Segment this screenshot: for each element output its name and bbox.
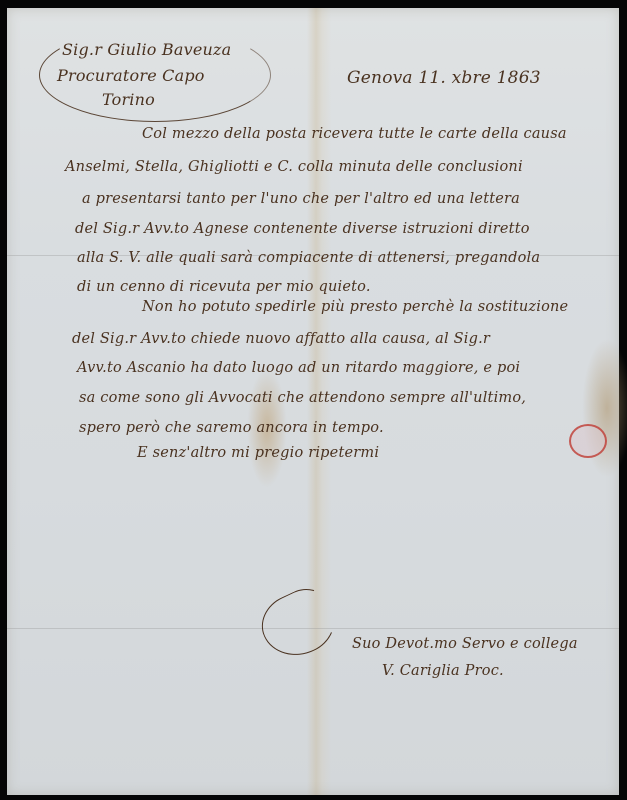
signature: V. Cariglia Proc.: [382, 663, 504, 679]
body-line: del Sig.r Avv.to Agnese contenente diver…: [75, 221, 530, 237]
body-line: Anselmi, Stella, Ghigliotti e C. colla m…: [65, 159, 523, 175]
letter-paper: Sig.r Giulio Baveuza Procuratore Capo To…: [7, 8, 619, 795]
body-line: del Sig.r Avv.to chiede nuovo affatto al…: [72, 331, 490, 347]
closing-salutation: Suo Devot.mo Servo e collega: [352, 636, 578, 652]
body-line: alla S. V. alle quali sarà compiacente d…: [77, 250, 540, 266]
body-line: E senz'altro mi pregio ripetermi: [137, 445, 379, 461]
body-line: spero però che saremo ancora in tempo.: [79, 420, 384, 436]
dateline: Genova 11. xbre 1863: [347, 68, 541, 88]
address-title: Procuratore Capo: [57, 66, 205, 85]
wax-seal-mark: [569, 424, 607, 458]
body-line: Avv.to Ascanio ha dato luogo ad un ritar…: [77, 360, 520, 376]
address-recipient: Sig.r Giulio Baveuza: [62, 40, 231, 59]
body-line: sa come sono gli Avvocati che attendono …: [79, 390, 526, 406]
body-line: di un cenno di ricevuta per mio quieto.: [77, 279, 371, 295]
body-line: Col mezzo della posta ricevera tutte le …: [142, 126, 567, 142]
body-line: a presentarsi tanto per l'uno che per l'…: [82, 191, 520, 207]
signature-flourish: [252, 581, 343, 668]
body-line: Non ho potuto spedirle più presto perchè…: [142, 299, 568, 315]
address-city: Torino: [102, 90, 155, 109]
